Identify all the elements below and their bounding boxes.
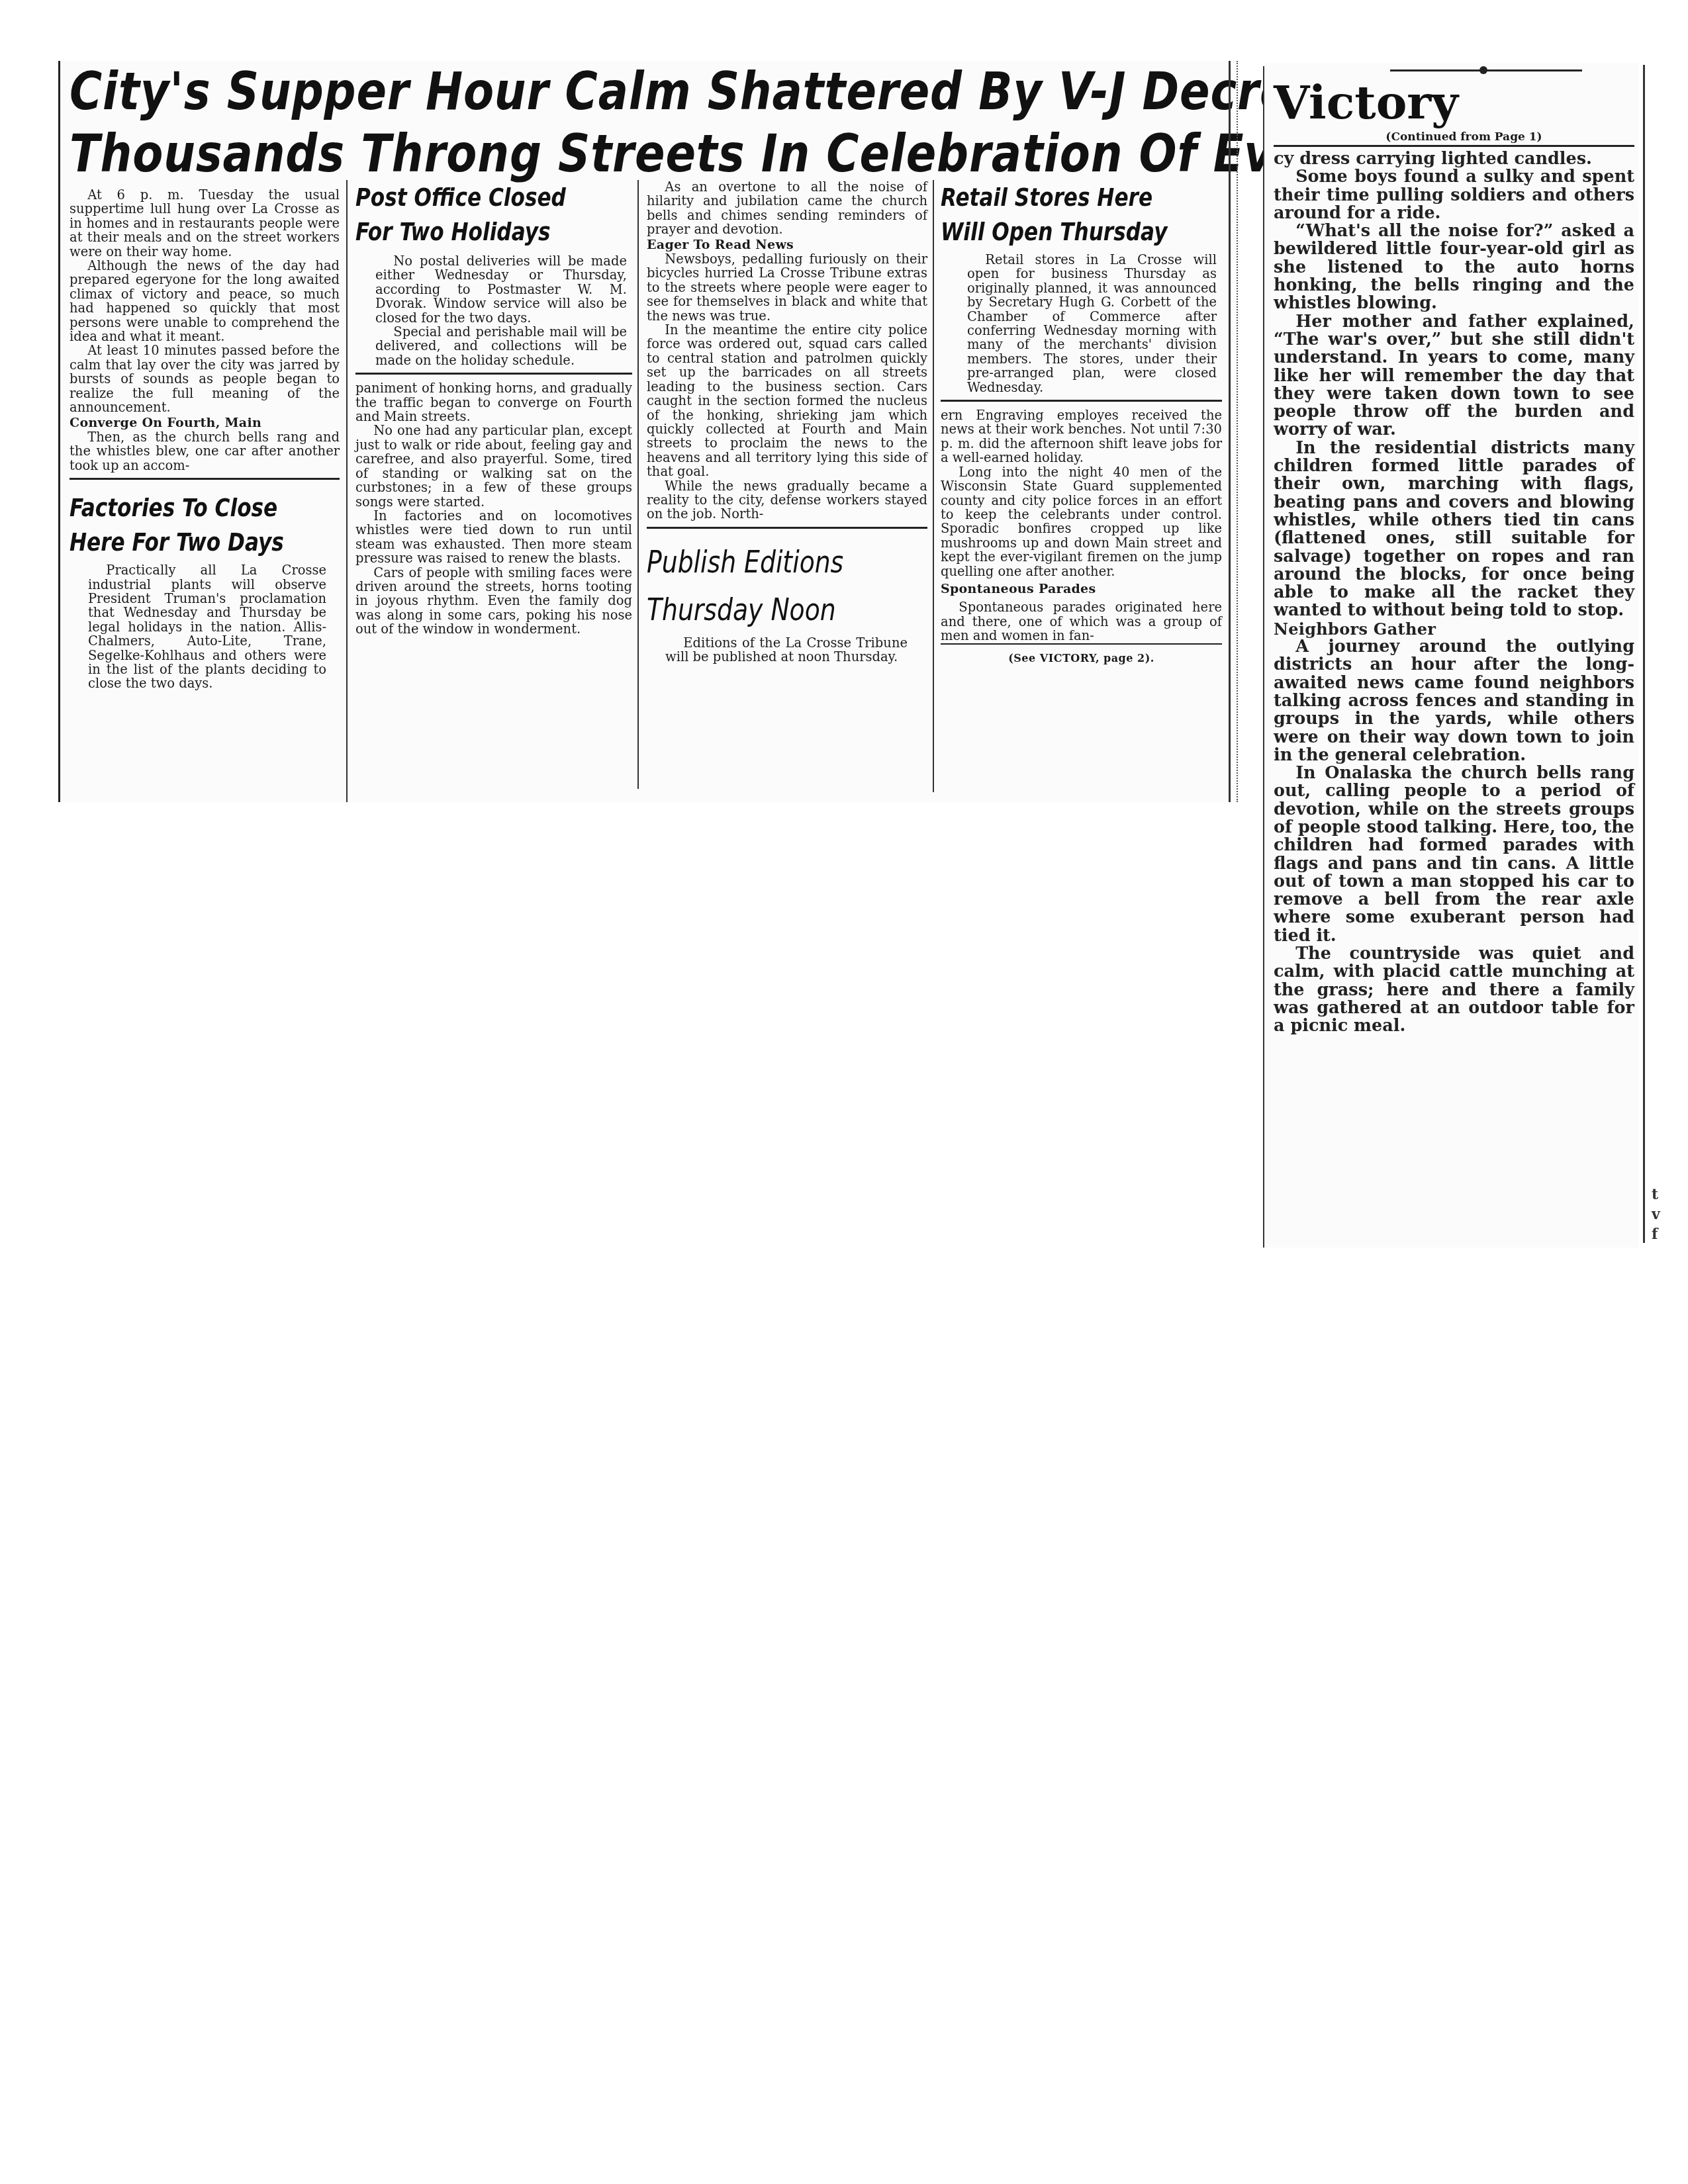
publish-body: Editions of the La Crosse Tribune will b… [665, 636, 908, 664]
paragraph: Cars of people with smiling faces were d… [355, 566, 632, 637]
column-2: Post Office Closed For Two Holidays No p… [355, 180, 632, 637]
column-4: Retail Stores Here Will Open Thursday Re… [941, 180, 1222, 665]
fragment-char: f [1652, 1224, 1678, 1244]
factories-title-1: Factories To Close [70, 490, 291, 525]
paragraph: In the residential districts many childr… [1274, 439, 1634, 620]
paragraph: ern Engraving employes received the news… [941, 408, 1222, 465]
paragraph: cy dress carrying lighted candles. [1274, 150, 1634, 168]
publish-title-2: Thursday Noon [647, 586, 877, 633]
paragraph: Her mother and father explained, “The wa… [1274, 313, 1634, 439]
factories-title-2: Here For Two Days [70, 525, 291, 559]
retail-body: Retail stores in La Crosse will open for… [967, 253, 1217, 394]
subhead-eager-to-read-news: Eager To Read News [647, 238, 927, 252]
paragraph: At 6 p. m. Tuesday the usual suppertime … [70, 188, 340, 259]
main-headline: City's Supper Hour Calm Shattered By V-J… [70, 61, 1066, 185]
section-rule [355, 373, 632, 375]
paragraph: Although the news of the day had prepare… [70, 259, 340, 343]
column-1: At 6 p. m. Tuesday the usual suppertime … [70, 188, 340, 691]
paragraph: At least 10 minutes passed before the ca… [70, 343, 340, 414]
paragraph: paniment of honking horns, and gradually… [355, 381, 632, 424]
column-separator [346, 180, 348, 802]
post-office-box: Post Office Closed For Two Holidays No p… [355, 180, 632, 367]
ornament-rule [1390, 69, 1582, 71]
publish-editions-box: Publish Editions Thursday Noon Editions … [647, 538, 927, 664]
paragraph: Then, as the church bells rang and the w… [70, 430, 340, 473]
continued-from-line: (Continued from Page 1) [1274, 130, 1634, 147]
section-rule [941, 400, 1222, 402]
fragment-char: v [1652, 1205, 1678, 1224]
headline-line-1: City's Supper Hour Calm Shattered By V-J… [70, 61, 1066, 123]
fragment-char: t [1652, 1185, 1678, 1205]
subhead-neighbors-gather: Neighbors Gather [1274, 620, 1634, 638]
post-office-title-1: Post Office Closed [355, 180, 583, 214]
subhead-converge: Converge On Fourth, Main [70, 416, 340, 430]
paragraph: While the news gradually became a realit… [647, 479, 927, 522]
retail-title-2: Will Open Thursday [941, 214, 1172, 249]
column-separator [933, 180, 934, 792]
column-3: As an overtone to all the noise of hilar… [647, 180, 927, 664]
clipping-edge-dotted-rule [1237, 61, 1239, 802]
paragraph: The countryside was quiet and calm, with… [1274, 945, 1634, 1035]
paragraph: As an overtone to all the noise of hilar… [647, 180, 927, 237]
main-article-clipping: City's Supper Hour Calm Shattered By V-J… [58, 61, 1232, 802]
paragraph: Some boys found a sulky and spent their … [1274, 168, 1634, 222]
paragraph: In factories and on locomotives whistles… [355, 509, 632, 566]
column-separator [637, 180, 639, 789]
paragraph: In the meantime the entire city police f… [647, 323, 927, 478]
post-office-paragraph: Special and perishable mail will be deli… [375, 325, 627, 367]
factories-box: Factories To Close Here For Two Days Pra… [70, 490, 340, 691]
victory-body: cy dress carrying lighted candles. Some … [1274, 150, 1634, 1036]
paragraph: “What's all the noise for?” asked a bewi… [1274, 222, 1634, 312]
paragraph: In Onalaska the church bells rang out, c… [1274, 764, 1634, 945]
adjacent-column-fragment: t v f [1652, 1185, 1678, 1244]
retail-title-1: Retail Stores Here [941, 180, 1172, 214]
post-office-paragraph: No postal deliveries will be made either… [375, 254, 627, 325]
victory-right-rule [1643, 65, 1645, 1243]
subhead-spontaneous-parades: Spontaneous Parades [941, 582, 1222, 596]
victory-title: Victory [1274, 76, 1458, 129]
jump-line: (See VICTORY, page 2). [941, 651, 1222, 665]
publish-title-1: Publish Editions [647, 538, 877, 586]
paragraph: Long into the night 40 men of the Wiscon… [941, 465, 1222, 578]
paragraph: A journey around the outlying districts … [1274, 638, 1634, 764]
victory-continuation-clipping: Victory (Continued from Page 1) cy dress… [1264, 63, 1638, 1248]
section-rule [647, 527, 927, 529]
paragraph: Spontaneous parades originated here and … [941, 600, 1222, 644]
headline-line-2: Thousands Throng Streets In Celebration … [70, 123, 1066, 185]
post-office-title-2: For Two Holidays [355, 214, 583, 249]
retail-stores-box: Retail Stores Here Will Open Thursday Re… [941, 180, 1222, 394]
paragraph: No one had any particular plan, except j… [355, 424, 632, 508]
clipping-edge-rule [1229, 61, 1231, 802]
section-rule [70, 478, 340, 480]
paragraph: Newsboys, pedalling furiously on their b… [647, 252, 927, 323]
factories-body: Practically all La Crosse industrial pla… [88, 563, 326, 691]
